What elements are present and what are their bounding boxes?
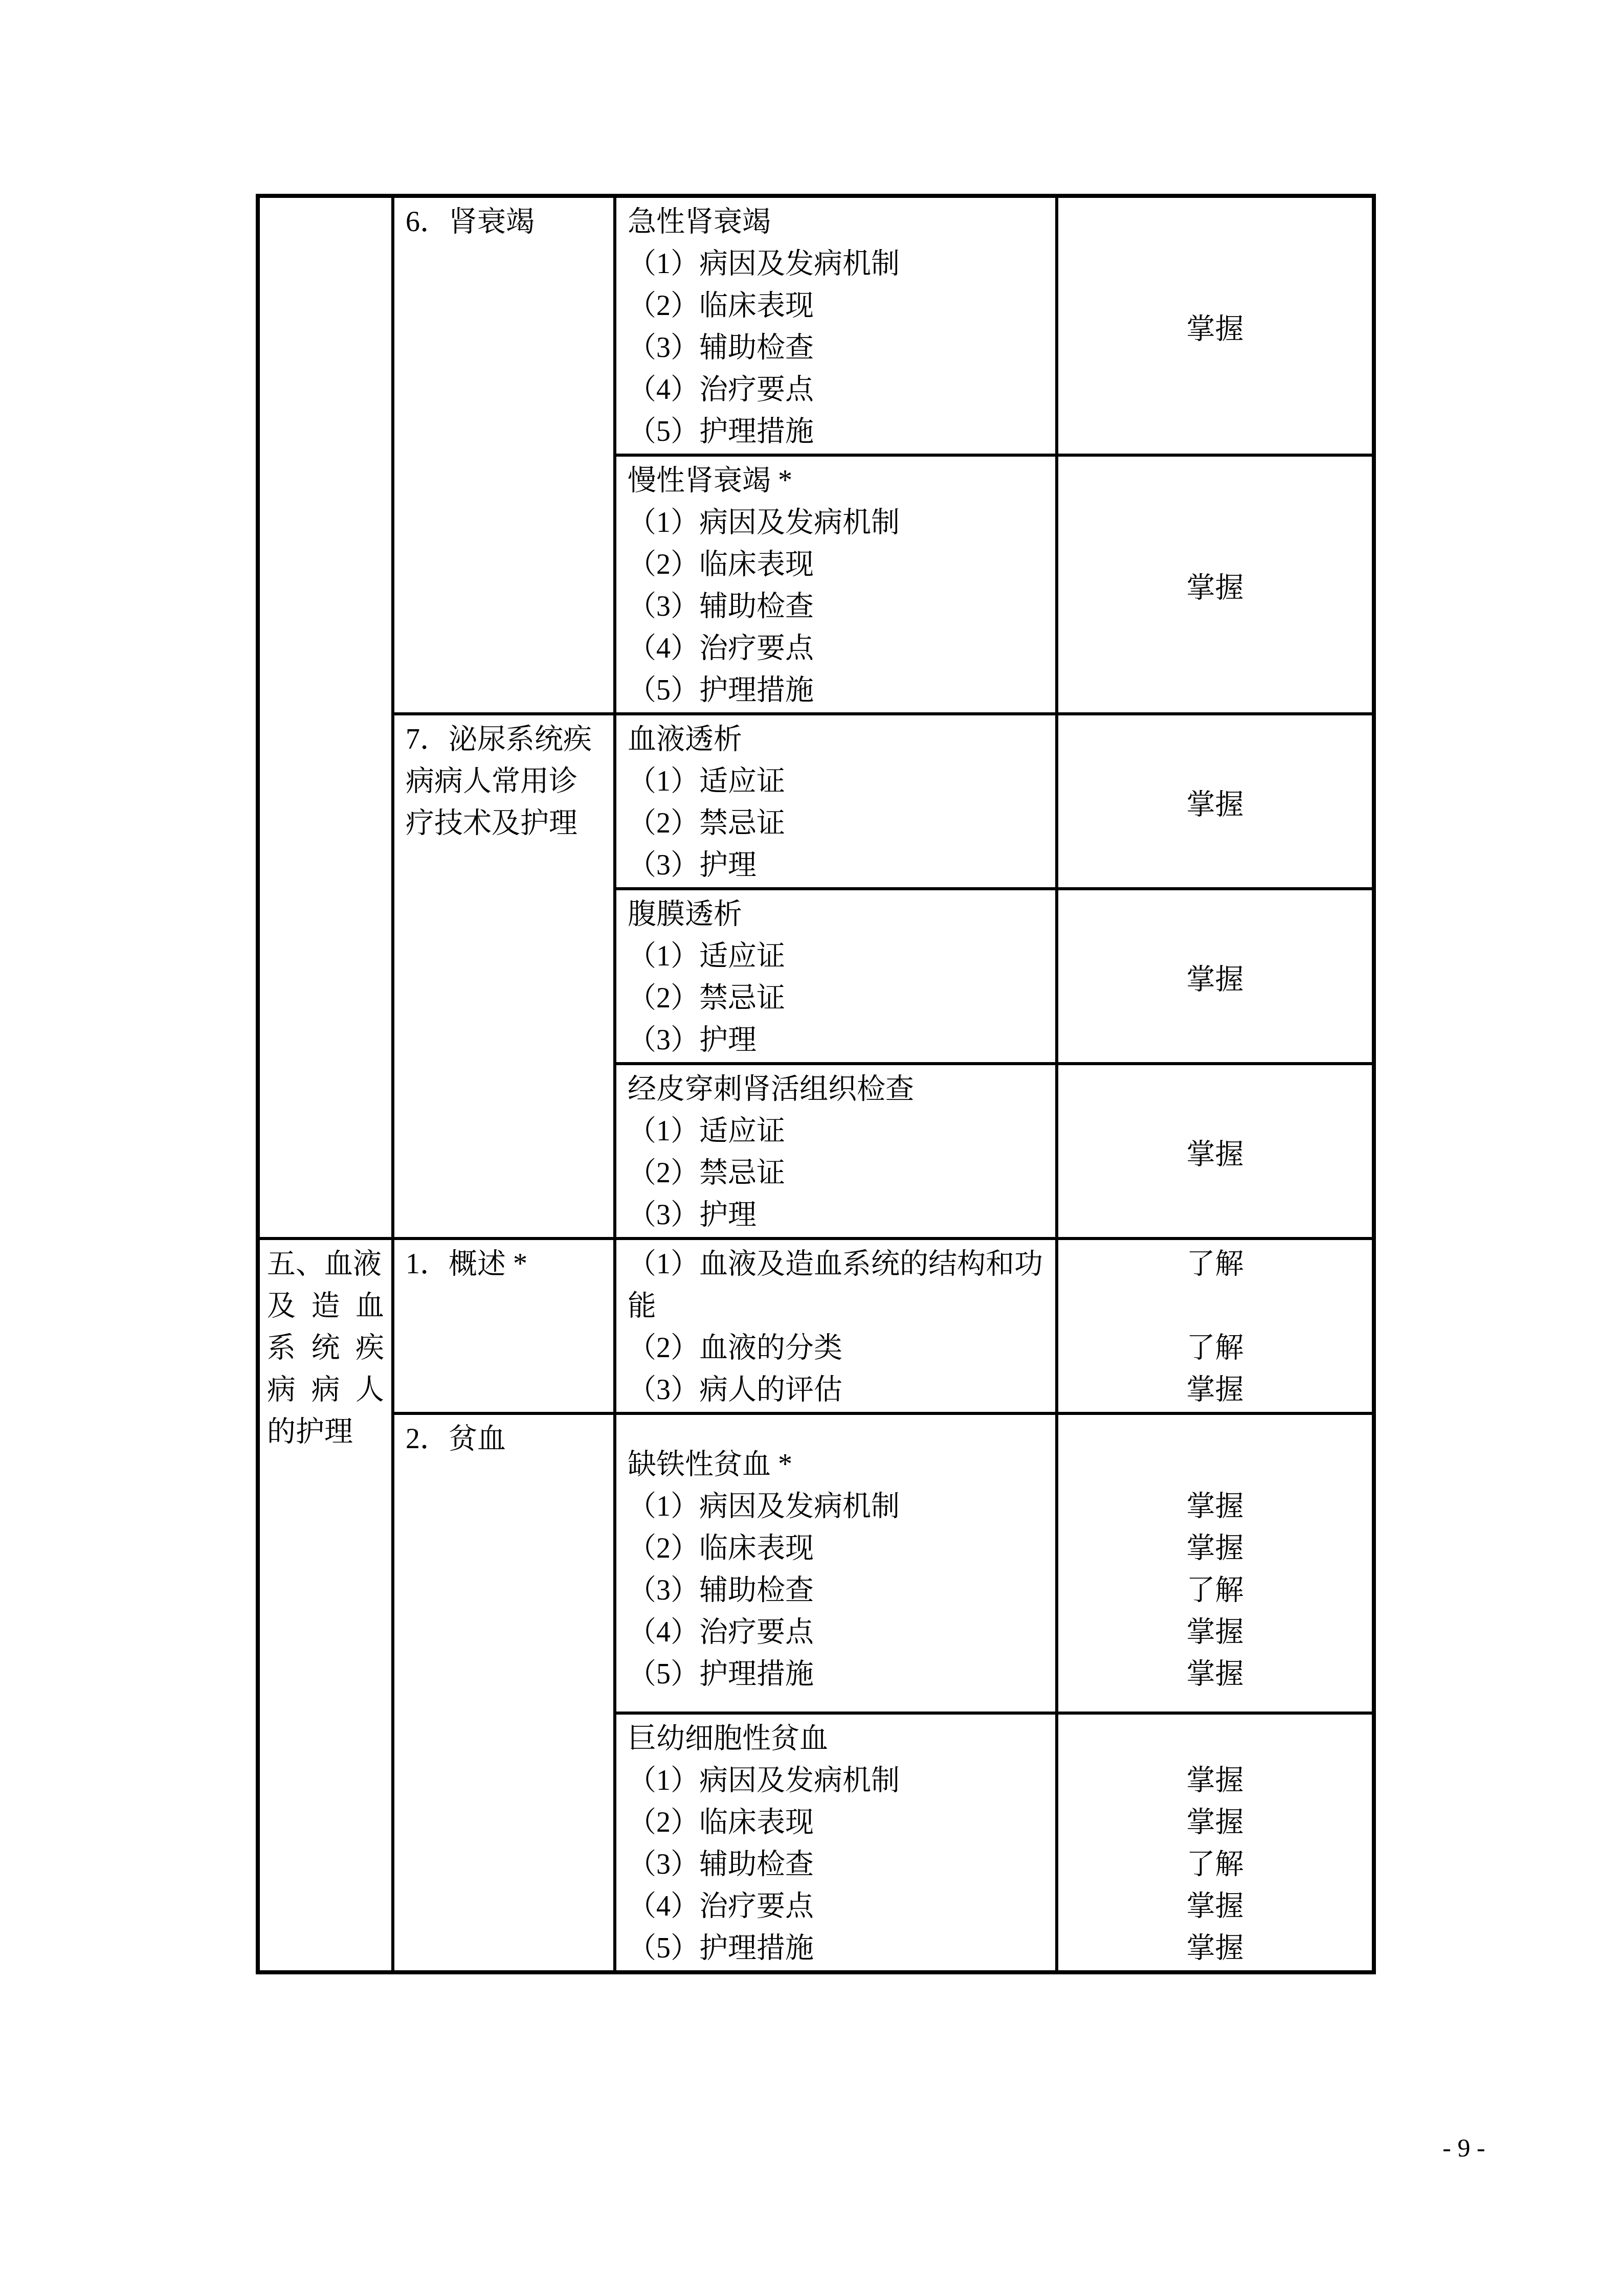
unit-item: （2）临床表现: [628, 1802, 1050, 1843]
requirement-line: 掌握: [1063, 1653, 1367, 1695]
unit-item: （5）护理措施: [628, 1653, 1050, 1695]
char: 血: [355, 1285, 384, 1327]
unit-item: （2）禁忌证: [628, 977, 1050, 1019]
unit-heading: 急性肾衰竭: [628, 201, 1050, 243]
unit-cell-hemodialysis: 血液透析 （1）适应证 （2）禁忌证 （3）护理: [615, 714, 1057, 889]
unit-item: （2）血液的分类: [628, 1327, 1050, 1369]
unit-cell-acute-renal-failure: 急性肾衰竭 （1）病因及发病机制 （2）临床表现 （3）辅助检查 （4）治疗要点…: [615, 196, 1057, 455]
char: 及: [267, 1285, 296, 1327]
requirement-line: 了解: [1063, 1327, 1367, 1369]
requirement-line: 掌握: [1063, 1611, 1367, 1653]
requirement-cell-renal-biopsy: 掌握: [1057, 1064, 1374, 1239]
requirement-label: 掌握: [1187, 964, 1244, 996]
unit-item-wrap: 能: [628, 1285, 1050, 1327]
unit-cell-peritoneal-dialysis: 腹膜透析 （1）适应证 （2）禁忌证 （3）护理: [615, 889, 1057, 1064]
section-cell-empty: [258, 196, 393, 1239]
topic-label-line: 7．泌尿系统疾: [406, 718, 608, 760]
unit-heading: 经皮穿刺肾活组织检查: [628, 1068, 1050, 1110]
unit-item: （3）病人的评估: [628, 1369, 1050, 1411]
requirement-line: 了解: [1063, 1243, 1367, 1285]
requirement-line: [1063, 1444, 1367, 1485]
unit-item: （2）禁忌证: [628, 1152, 1050, 1194]
unit-item: （3）护理: [628, 1019, 1050, 1061]
unit-item: （1）病因及发病机制: [628, 502, 1050, 544]
requirement-label: 掌握: [1187, 1139, 1244, 1170]
section-label-line: 病病人: [267, 1369, 384, 1411]
unit-item: （3）护理: [628, 1194, 1050, 1236]
unit-item: （1）病因及发病机制: [628, 1485, 1050, 1527]
requirement-line: 掌握: [1063, 1760, 1367, 1802]
topic-label: 2．贫血: [406, 1418, 608, 1460]
section-label-line: 系统疾: [267, 1327, 384, 1369]
unit-item: （2）临床表现: [628, 285, 1050, 327]
unit-item: （5）护理措施: [628, 669, 1050, 711]
requirement-line: 掌握: [1063, 1369, 1367, 1411]
unit-cell-renal-biopsy: 经皮穿刺肾活组织检查 （1）适应证 （2）禁忌证 （3）护理: [615, 1064, 1057, 1239]
unit-item: （1）适应证: [628, 760, 1050, 802]
unit-cell-iron-deficiency-anemia: 缺铁性贫血 * （1）病因及发病机制 （2）临床表现 （3）辅助检查 （4）治疗…: [615, 1413, 1057, 1713]
unit-heading: 慢性肾衰竭 *: [628, 460, 1050, 502]
unit-item: （3）辅助检查: [628, 586, 1050, 627]
unit-item: （4）治疗要点: [628, 1611, 1050, 1653]
topic-cell-renal-failure: 6．肾衰竭: [393, 196, 615, 714]
topic-cell-overview: 1．概述 *: [393, 1239, 615, 1413]
requirement-cell-iron-deficiency-anemia: 掌握 掌握 了解 掌握 掌握: [1057, 1413, 1374, 1713]
requirement-line: 掌握: [1063, 1485, 1367, 1527]
requirement-cell-overview-items: 了解 了解 掌握: [1057, 1239, 1374, 1413]
topic-label: 1．概述 *: [406, 1243, 608, 1285]
requirement-cell-acute-renal-failure: 掌握: [1057, 196, 1374, 455]
unit-item: （2）临床表现: [628, 544, 1050, 586]
unit-cell-chronic-renal-failure: 慢性肾衰竭 * （1）病因及发病机制 （2）临床表现 （3）辅助检查 （4）治疗…: [615, 455, 1057, 714]
char: 统: [312, 1327, 340, 1369]
section-label-line: 及造血: [267, 1285, 384, 1327]
unit-heading: 缺铁性贫血 *: [628, 1444, 1050, 1485]
requirement-line: 掌握: [1063, 1802, 1367, 1843]
section-label-line: 五、血液: [267, 1243, 384, 1285]
unit-item: （2）临床表现: [628, 1527, 1050, 1569]
unit-heading: 血液透析: [628, 718, 1050, 760]
unit-item: （3）辅助检查: [628, 327, 1050, 369]
unit-item: （1）病因及发病机制: [628, 1760, 1050, 1802]
unit-heading: 巨幼细胞性贫血: [628, 1718, 1050, 1760]
unit-item: （4）治疗要点: [628, 369, 1050, 411]
requirement-label: 掌握: [1187, 789, 1244, 821]
unit-item: （5）护理措施: [628, 411, 1050, 453]
topic-label-line: 疗技术及护理: [406, 802, 608, 844]
syllabus-table: 6．肾衰竭 急性肾衰竭 （1）病因及发病机制 （2）临床表现 （3）辅助检查 （…: [256, 194, 1376, 1974]
document-page: 6．肾衰竭 急性肾衰竭 （1）病因及发病机制 （2）临床表现 （3）辅助检查 （…: [0, 0, 1624, 2296]
unit-item: （5）护理措施: [628, 1927, 1050, 1969]
requirement-line: 了解: [1063, 1843, 1367, 1885]
requirement-label: 掌握: [1187, 572, 1244, 604]
unit-item: （4）治疗要点: [628, 1885, 1050, 1927]
char: 疾: [355, 1327, 384, 1369]
requirement-cell-megaloblastic-anemia: 掌握 掌握 了解 掌握 掌握: [1057, 1713, 1374, 1972]
unit-item: （4）治疗要点: [628, 627, 1050, 669]
unit-item: （3）辅助检查: [628, 1569, 1050, 1611]
requirement-label: 掌握: [1187, 313, 1244, 345]
unit-item: （3）辅助检查: [628, 1843, 1050, 1885]
requirement-line: 掌握: [1063, 1927, 1367, 1969]
unit-item: （1）适应证: [628, 935, 1050, 977]
section-cell-hematology: 五、血液 及造血 系统疾 病病人 的护理: [258, 1239, 393, 1972]
unit-item: （1）适应证: [628, 1110, 1050, 1152]
requirement-line: [1063, 1285, 1367, 1327]
requirement-line: 掌握: [1063, 1885, 1367, 1927]
char: 人: [355, 1369, 384, 1411]
unit-heading: 腹膜透析: [628, 893, 1050, 935]
unit-cell-megaloblastic-anemia: 巨幼细胞性贫血 （1）病因及发病机制 （2）临床表现 （3）辅助检查 （4）治疗…: [615, 1713, 1057, 1972]
section-label-line: 的护理: [267, 1411, 384, 1453]
topic-cell-anemia: 2．贫血: [393, 1413, 615, 1972]
topic-cell-urinary-tech: 7．泌尿系统疾 病病人常用诊 疗技术及护理: [393, 714, 615, 1239]
requirement-line: [1063, 1718, 1367, 1760]
unit-item: （1）病因及发病机制: [628, 243, 1050, 285]
topic-label: 6．肾衰竭: [406, 201, 608, 243]
unit-cell-overview-items: （1）血液及造血系统的结构和功 能 （2）血液的分类 （3）病人的评估: [615, 1239, 1057, 1413]
requirement-line: 了解: [1063, 1569, 1367, 1611]
unit-item: （2）禁忌证: [628, 802, 1050, 844]
requirement-line: 掌握: [1063, 1527, 1367, 1569]
requirement-cell-hemodialysis: 掌握: [1057, 714, 1374, 889]
page-number: - 9 -: [1387, 2133, 1541, 2162]
char: 病: [312, 1369, 340, 1411]
char: 造: [312, 1285, 340, 1327]
topic-label-line: 病病人常用诊: [406, 760, 608, 802]
char: 系: [267, 1327, 296, 1369]
requirement-cell-chronic-renal-failure: 掌握: [1057, 455, 1374, 714]
unit-item: （3）护理: [628, 844, 1050, 886]
unit-item: （1）血液及造血系统的结构和功: [628, 1243, 1050, 1285]
requirement-cell-peritoneal-dialysis: 掌握: [1057, 889, 1374, 1064]
char: 病: [267, 1369, 296, 1411]
